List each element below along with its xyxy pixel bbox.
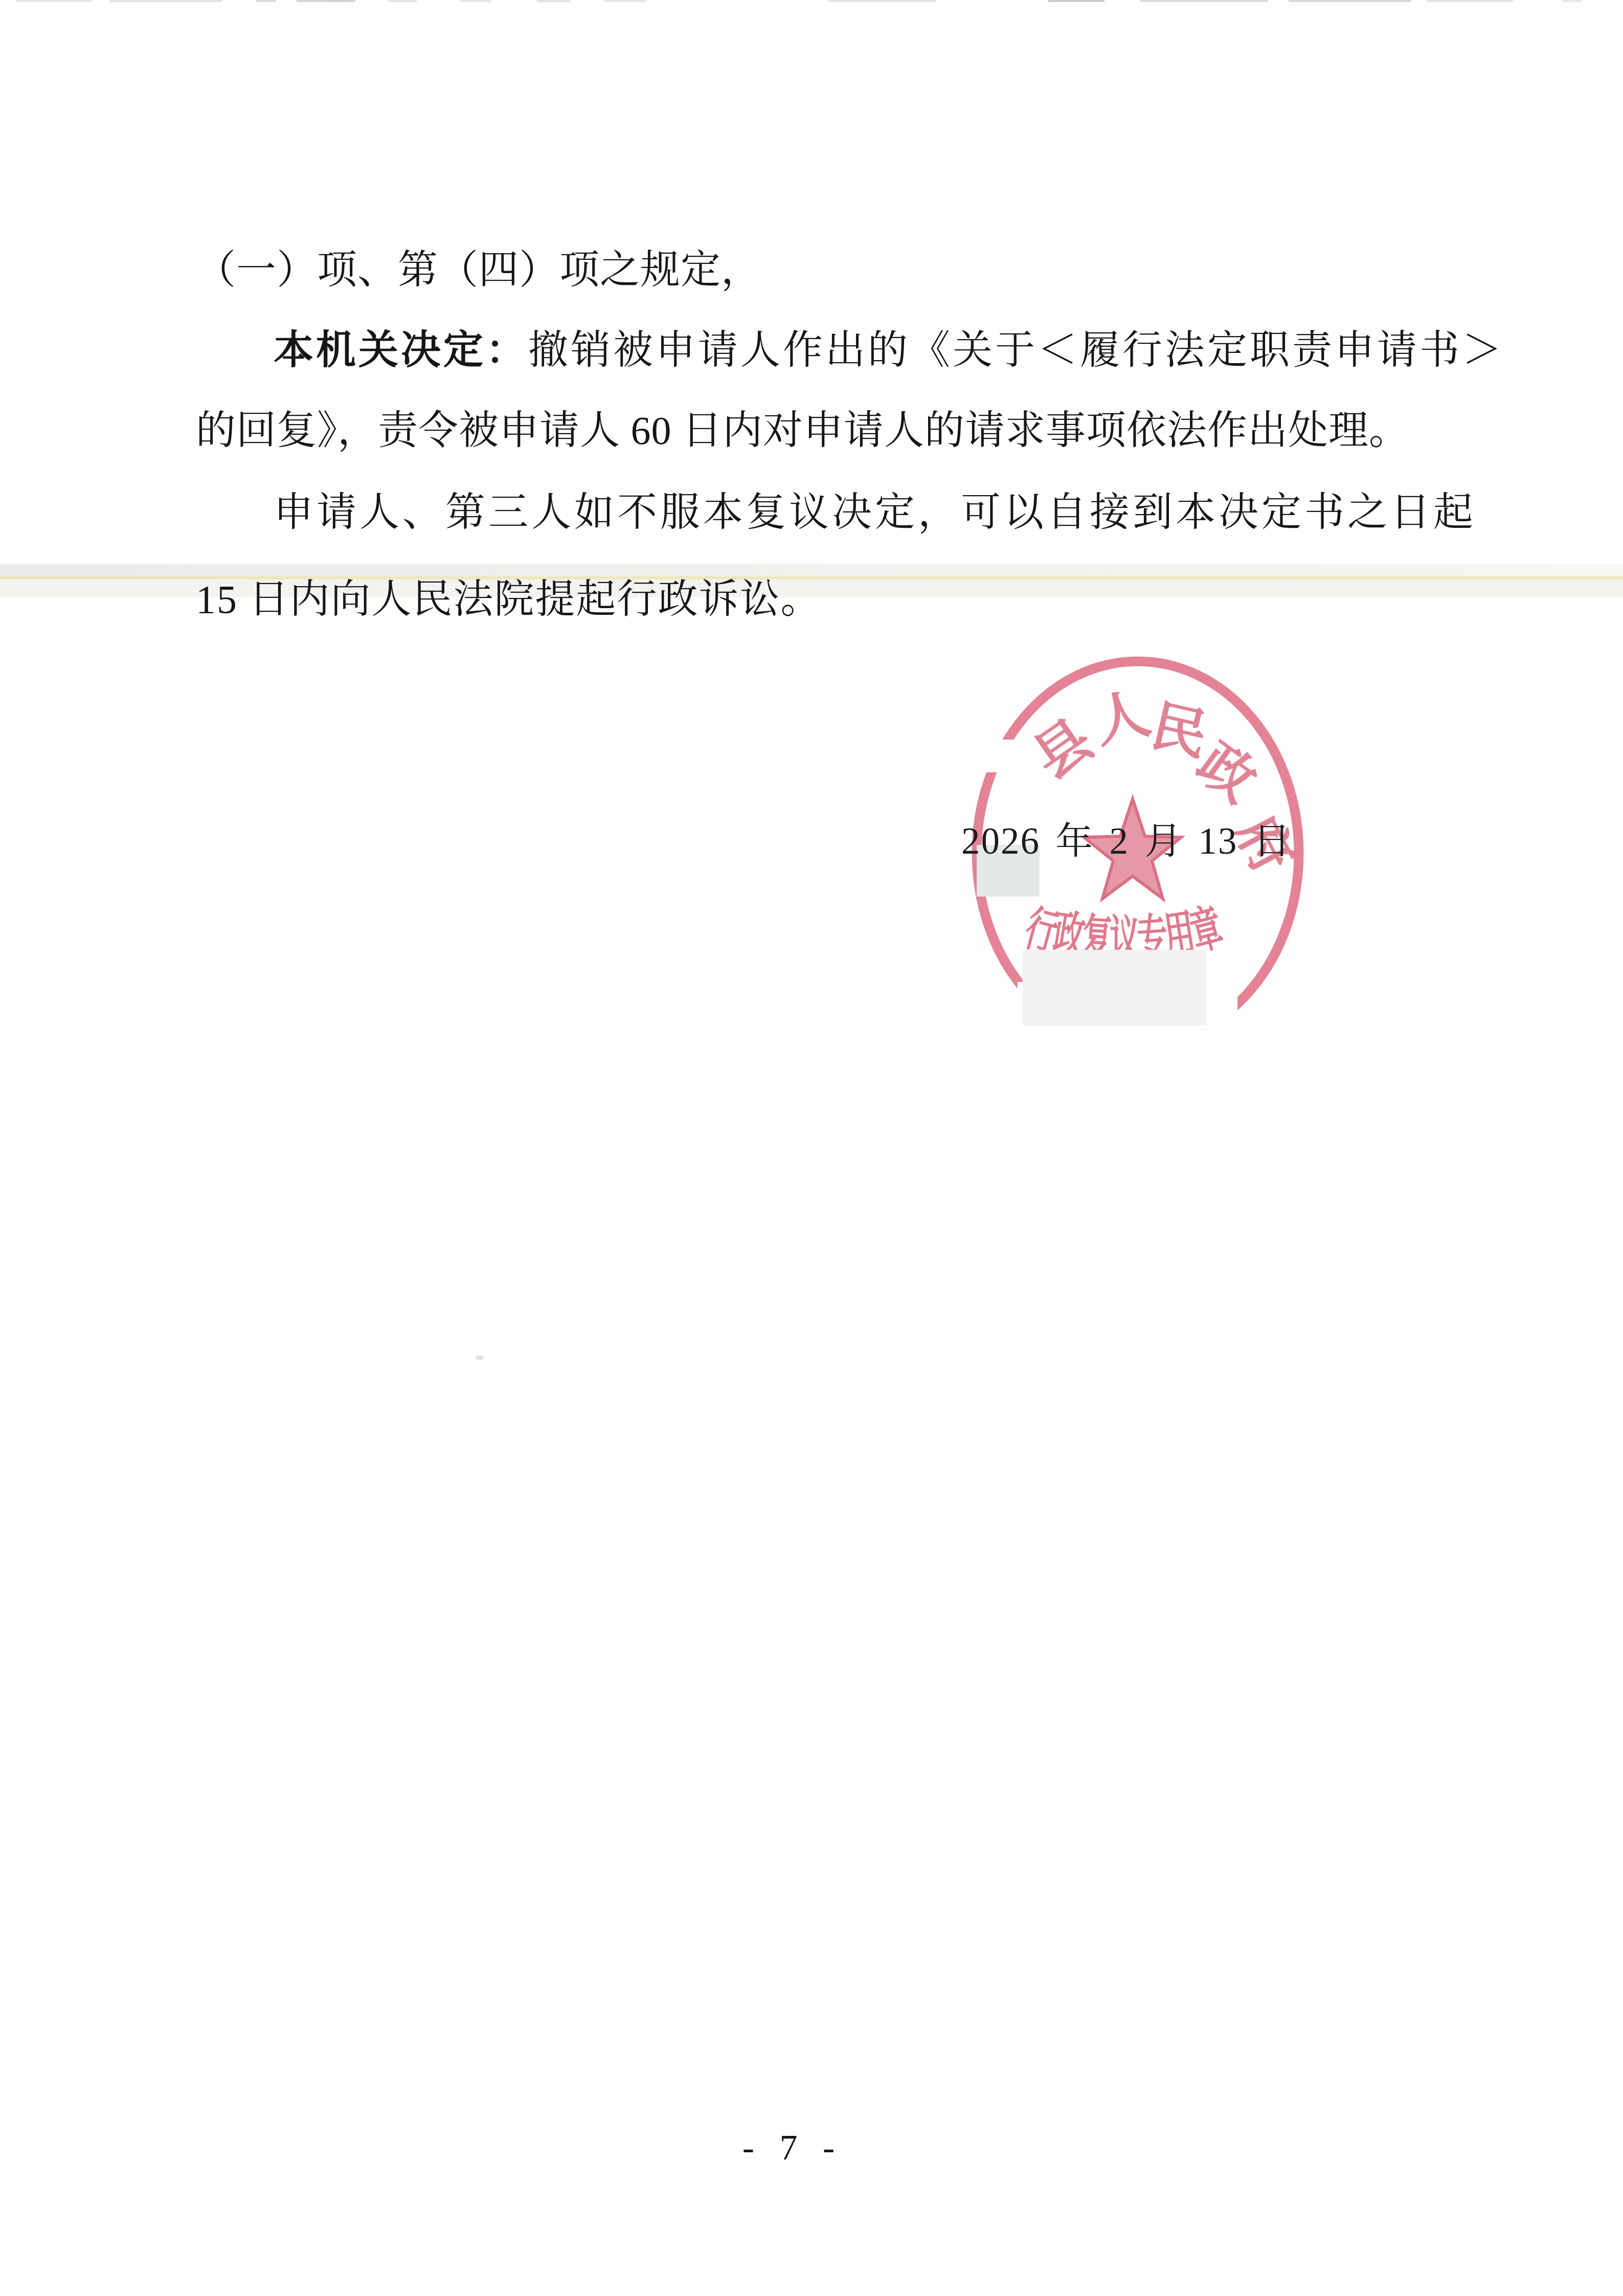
body-line-2: 本机关决定：撤销被申请人作出的《关于＜履行法定职责申请书＞ (274, 329, 1504, 372)
scanned-document-page: （一）项、第（四）项之规定， 本机关决定：撤销被申请人作出的《关于＜履行法定职责… (0, 0, 1623, 2296)
seal-redaction-grey-box (1023, 950, 1207, 1026)
body-line-1: （一）项、第（四）项之规定， (196, 249, 761, 292)
scan-artifact-dash (1562, 0, 1583, 2)
scan-artifact-dash (460, 0, 491, 2)
scan-artifact-dash (1289, 0, 1411, 2)
body-line-5: 15 日内向人民法院提起行政诉讼。 (196, 578, 822, 621)
scan-artifact-dash (1140, 0, 1268, 2)
scan-artifact-dash (537, 0, 570, 2)
body-line-3: 的回复》，责令被申请人 60 日内对申请人的请求事项依法作出处理。 (196, 409, 1409, 452)
decision-date: 2026 年 2 月 13 日 (961, 811, 1292, 864)
body-line-4: 申请人、第三人如不服本复议决定，可以自接到本决定书之日起 (274, 491, 1476, 534)
body-line-4-text: 申请人、第三人如不服本复议决定，可以自接到本决定书之日起 (274, 490, 1476, 534)
seal-ring-char: 民 (1145, 696, 1213, 767)
body-line-5-text: 15 日内向人民法院提起行政诉讼。 (196, 577, 822, 621)
scan-artifact-dash (15, 0, 92, 2)
body-line-1-text: （一）项、第（四）项之规定， (196, 248, 761, 292)
scan-artifact-dash (110, 0, 222, 2)
seal-redaction-white-upper-left (944, 740, 1017, 772)
page-number-text: - 7 - (742, 2128, 843, 2168)
scan-artifact-speck (476, 1355, 484, 1360)
scan-artifact-dash (1048, 0, 1104, 2)
body-line-3-text: 的回复》，责令被申请人 60 日内对申请人的请求事项依法作出处理。 (196, 408, 1409, 453)
seal-ring-char: 县 (1023, 709, 1103, 790)
scan-artifact-dash (1427, 0, 1514, 2)
decision-lead-bold: 本机关决定： (274, 328, 528, 372)
scan-artifact-dash (603, 0, 647, 2)
scan-artifact-dash (327, 0, 350, 2)
scan-artifact-dash (828, 0, 936, 2)
page-number: - 7 - (706, 2128, 880, 2169)
body-line-2-text: 撤销被申请人作出的《关于＜履行法定职责申请书＞ (528, 328, 1504, 372)
decision-date-text: 2026 年 2 月 13 日 (961, 820, 1292, 862)
scan-artifact-dash (389, 0, 417, 2)
seal-ring-char: 人 (1088, 683, 1156, 754)
scan-artifact-band (0, 564, 1623, 577)
scan-artifact-dash (256, 0, 276, 2)
